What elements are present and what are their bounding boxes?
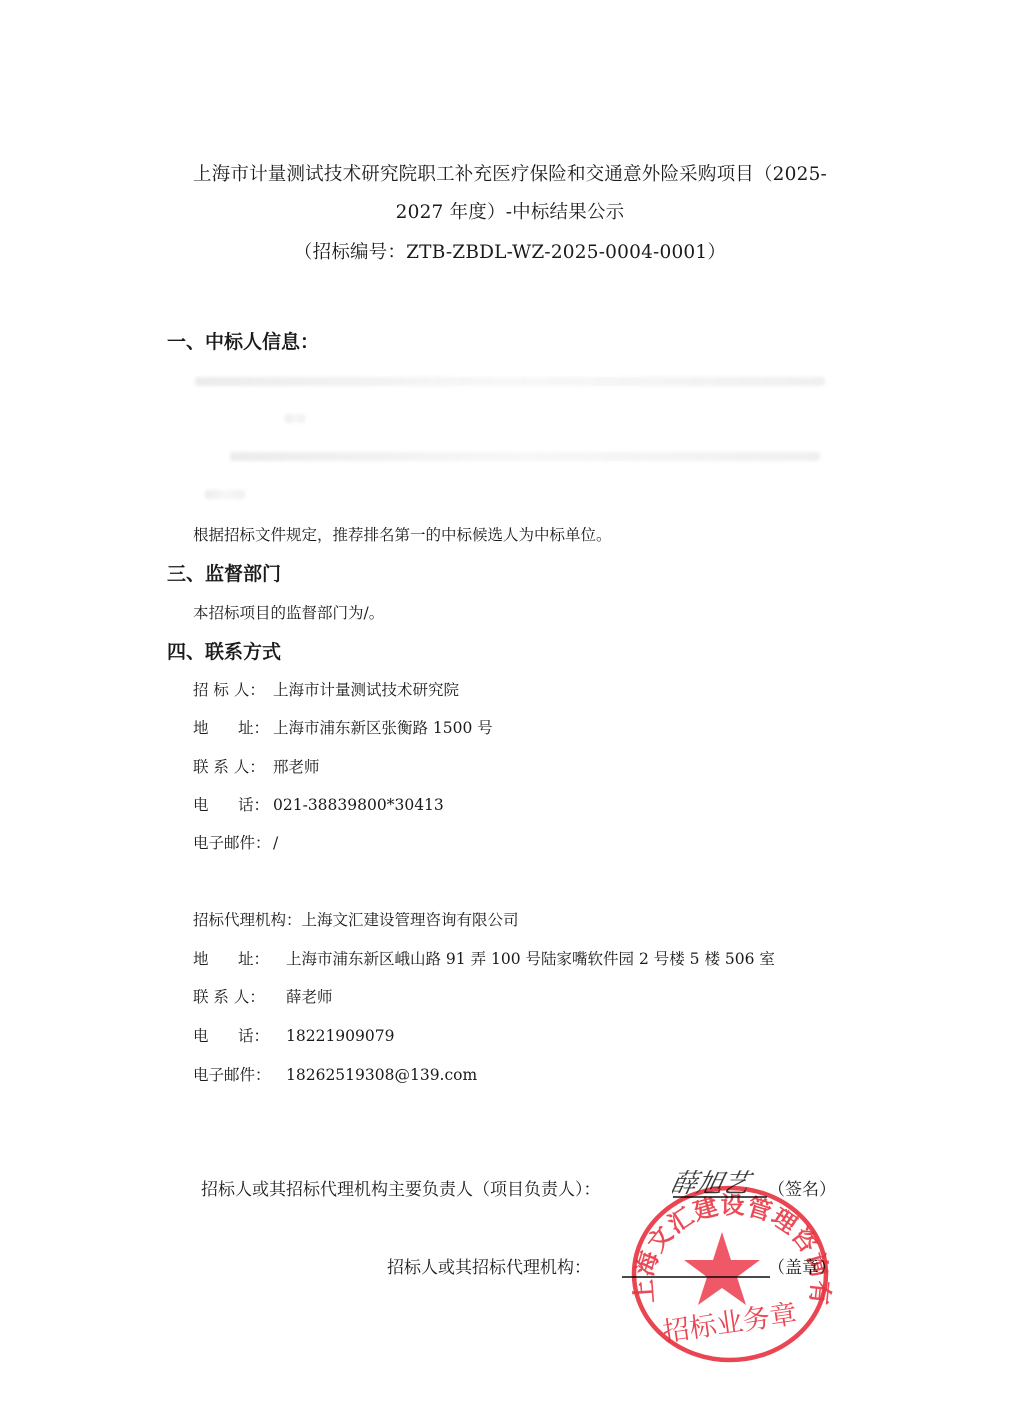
tenderer-email: / <box>273 834 278 852</box>
tenderer-address-row: 地 址：上海市浦东新区张衡路 1500 号 <box>193 719 493 737</box>
tenderer-phone-row: 电 话：021-38839800*30413 <box>193 796 444 814</box>
agency-contact-row: 联 系 人：薛老师 <box>193 988 333 1006</box>
field-label: 电 话： <box>193 796 273 814</box>
field-label: 联 系 人： <box>193 758 273 776</box>
field-label: 招 标 人： <box>193 681 273 699</box>
field-label: 电子邮件： <box>193 834 273 852</box>
star-icon <box>684 1232 760 1305</box>
company-seal: 上海文汇建设管理咨询有限公司 招标业务章 <box>626 1180 836 1370</box>
tenderer-email-row: 电子邮件：/ <box>193 834 278 852</box>
agency-name-row: 招标代理机构：上海文汇建设管理咨询有限公司 <box>193 911 519 929</box>
field-label: 招标代理机构： <box>193 911 302 929</box>
document-page: 上海市计量测试技术研究院职工补充医疗保险和交通意外险采购项目（2025- 202… <box>0 0 1011 1428</box>
tenderer-phone: 021-38839800*30413 <box>273 796 444 814</box>
agency-contact: 薛老师 <box>286 988 333 1006</box>
tenderer-address: 上海市浦东新区张衡路 1500 号 <box>273 719 493 737</box>
field-label: 电 话： <box>193 1027 286 1045</box>
tenderer-contact: 邢老师 <box>273 758 320 776</box>
signer-label: 招标人或其招标代理机构主要负责人（项目负责人）： <box>201 1181 601 1199</box>
agency-phone-row: 电 话：18221909079 <box>193 1027 394 1045</box>
winner-conclusion: 根据招标文件规定，推荐排名第一的中标候选人为中标单位。 <box>193 526 612 544</box>
field-label: 地 址： <box>193 950 286 968</box>
svg-text:招标业务章: 招标业务章 <box>661 1299 799 1348</box>
tenderer-name-row: 招 标 人：上海市计量测试技术研究院 <box>193 681 459 699</box>
section-heading-supervision: 三、监督部门 <box>167 563 281 585</box>
agency-phone: 18221909079 <box>286 1027 394 1045</box>
agency-email: 18262519308@139.com <box>286 1066 477 1084</box>
org-label: 招标人或其招标代理机构： <box>387 1259 591 1277</box>
field-label: 电子邮件： <box>193 1066 286 1084</box>
doc-title-line-1: 上海市计量测试技术研究院职工补充医疗保险和交通意外险采购项目（2025- <box>160 165 860 185</box>
field-label: 地 址： <box>193 719 273 737</box>
agency-name: 上海文汇建设管理咨询有限公司 <box>302 911 519 929</box>
supervision-text: 本招标项目的监督部门为/。 <box>193 604 384 622</box>
doc-title-line-2: 2027 年度）-中标结果公示 <box>160 203 860 223</box>
field-label: 联 系 人： <box>193 988 286 1006</box>
tenderer-contact-row: 联 系 人：邢老师 <box>193 758 320 776</box>
agency-address: 上海市浦东新区峨山路 91 弄 100 号陆家嘴软件园 2 号楼 5 楼 506… <box>286 950 775 968</box>
agency-email-row: 电子邮件：18262519308@139.com <box>193 1066 477 1084</box>
agency-address-row: 地 址：上海市浦东新区峨山路 91 弄 100 号陆家嘴软件园 2 号楼 5 楼… <box>193 950 775 968</box>
section-heading-contact: 四、联系方式 <box>167 641 281 663</box>
section-heading-winner-info: 一、中标人信息： <box>167 331 319 353</box>
tenderer-name: 上海市计量测试技术研究院 <box>273 681 459 699</box>
tender-number: （招标编号：ZTB-ZBDL-WZ-2025-0004-0001） <box>160 243 860 263</box>
